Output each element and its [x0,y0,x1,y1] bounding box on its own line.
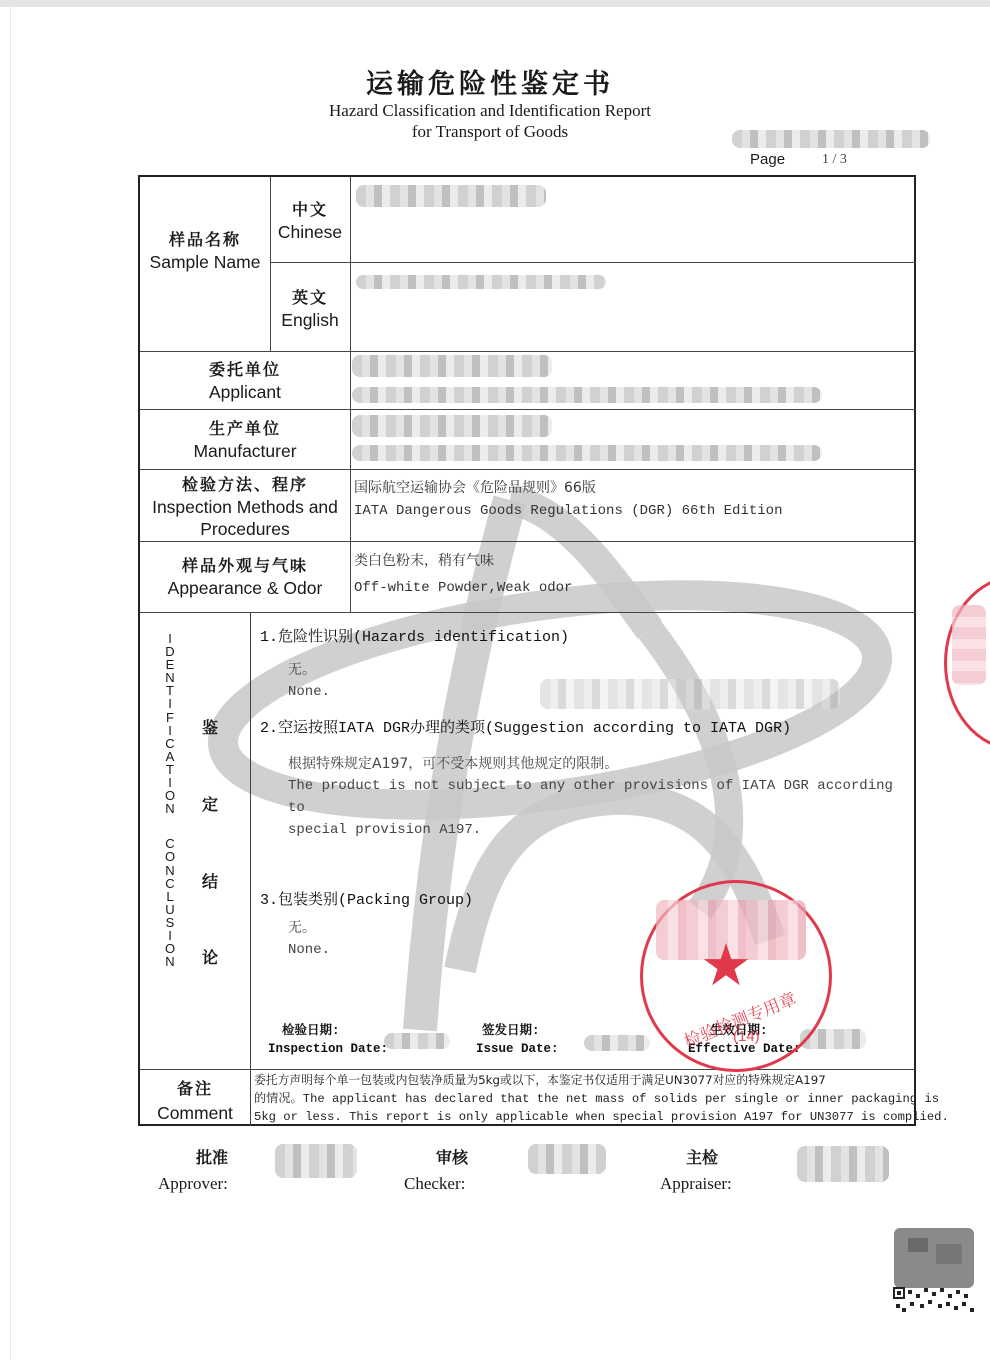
appraiser-signature-label: 主检 Appraiser: [660,1145,732,1197]
redacted-checker-name [528,1144,606,1174]
redacted-inspection-date [384,1033,450,1049]
conclusion-zh-char-1: 鉴 [202,715,218,738]
redacted-approver-name [275,1144,357,1178]
page-number: 1 / 3 [822,152,847,168]
redacted-sample-name-en [356,275,606,289]
identification-conclusion-vertical-label: IDENTIFICATION CONCLUSION [162,632,178,968]
page-edge [10,7,11,1360]
star-icon: ★ [700,936,752,994]
qr-code-icon [888,1222,976,1314]
applicant-label: 委托单位 Applicant [140,359,350,403]
redacted-edge-seal-text [952,605,986,685]
inspection-methods-label: 检验方法、程序 Inspection Methods and Procedure… [140,474,350,540]
inspection-date-label: 检验日期: Inspection Date: [268,1022,388,1058]
iata-suggestion-heading: 2.空运按照IATA DGR办理的类项(Suggestion according… [260,716,791,737]
chinese-label: 中文 Chinese [270,199,350,243]
redacted-applicant-address [352,387,822,403]
packing-group-heading: 3.包装类别(Packing Group) [260,888,473,909]
viewer-top-bar [0,0,990,7]
sample-name-label: 样品名称 Sample Name [140,229,270,273]
comment-text: 委托方声明每个单一包装或内包装净质量为5kg或以下，本鉴定书仅适用于满足UN30… [254,1071,816,1127]
redacted-manufacturer-address [352,445,822,461]
seal-number: (14) [733,1028,760,1045]
redacted-appraiser-name [797,1146,889,1182]
conclusion-zh-char-2: 定 [202,792,218,815]
conclusion-zh-char-3: 结 [202,869,218,892]
inspection-methods-value: 国际航空运输协会《危险品规则》66版 IATA Dangerous Goods … [354,477,782,523]
approver-signature-label: 批准 Approver: [158,1145,228,1197]
redacted-issue-date [584,1035,650,1051]
appearance-value: 类白色粉末，稍有气味 Off-white Powder,Weak odor [354,548,572,602]
redacted-watermark-text [540,679,840,709]
hazards-identification-body: 无。 None. [288,659,330,703]
redacted-report-number [732,130,930,148]
report-title-en-line1: Hazard Classification and Identification… [0,101,980,121]
redacted-sample-name-zh [356,185,546,207]
packing-group-body: 无。 None. [288,917,330,961]
hazards-identification-heading: 1.危险性识别(Hazards identification) [260,625,569,646]
issue-date-label: 签发日期: Issue Date: [476,1022,559,1058]
appearance-label: 样品外观与气味 Appearance & Odor [140,555,350,599]
checker-signature-label: 审核 Checker: [404,1145,468,1197]
iata-suggestion-body: 根据特殊规定A197，可不受本规则其他规定的限制。 The product is… [288,753,914,841]
conclusion-zh-char-4: 论 [202,945,218,968]
redacted-manufacturer-name [352,415,552,437]
report-title-zh: 运输危险性鉴定书 [0,62,980,101]
page-label: Page [750,151,785,168]
redacted-applicant-name [352,355,552,377]
manufacturer-label: 生产单位 Manufacturer [140,418,350,462]
comment-label: 备注 Comment [140,1077,250,1125]
english-label: 英文 English [270,287,350,331]
